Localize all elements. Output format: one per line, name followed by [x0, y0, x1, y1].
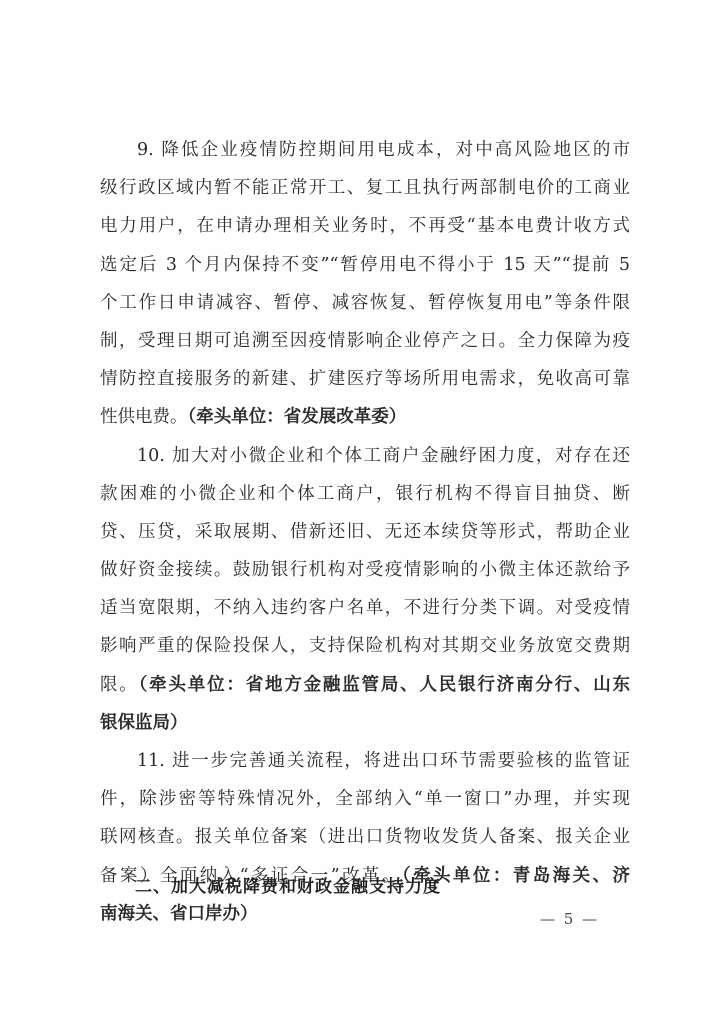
lead-unit: （牵头单位：省发展改革委）: [188, 407, 407, 427]
text-line: 电力用户，在申请办理相关业务时，不再受“基本电费计收方式: [100, 207, 630, 245]
text-line: 个工作日申请减容、暂停、减容恢复、暂停恢复用电”等条件限: [100, 284, 630, 322]
text-line: 选定后 3 个月内保持不变”“暂停用电不得小于 15 天”“提前 5: [100, 246, 630, 284]
lead-unit-continued: 银保监局）: [100, 704, 630, 742]
document-body: 9. 降低企业疫情防控期间用电成本，对中高风险地区的市 级行政区域内暂不能正常开…: [100, 131, 630, 933]
text-line: 限。（牵头单位：省地方金融监管局、人民银行济南分行、山东: [100, 666, 630, 704]
text-line: 10. 加大对小微企业和个体工商户金融纾困力度，对存在还: [100, 437, 630, 475]
text-line: 款困难的小微企业和个体工商户，银行机构不得盲目抽贷、断: [100, 475, 630, 513]
text-line: 性供电费。（牵头单位：省发展改革委）: [100, 398, 630, 436]
text-line: 11. 进一步完善通关流程，将进出口环节需要验核的监管证: [100, 742, 630, 780]
paragraph-item-11: 11. 进一步完善通关流程，将进出口环节需要验核的监管证 件，除涉密等特殊情况外…: [100, 742, 630, 933]
text-line: 级行政区域内暂不能正常开工、复工且执行两部制电价的工商业: [100, 169, 630, 207]
page-number: — 5 —: [540, 910, 599, 928]
text-line: 件，除涉密等特殊情况外，全部纳入“单一窗口”办理，并实现: [100, 780, 630, 818]
text-line: 贷、压贷，采取展期、借新还旧、无还本续贷等形式，帮助企业: [100, 513, 630, 551]
text-line: 做好资金接续。鼓励银行机构对受疫情影响的小微主体还款给予: [100, 551, 630, 589]
text-line: 9. 降低企业疫情防控期间用电成本，对中高风险地区的市: [100, 131, 630, 169]
text-line: 适当宽限期，不纳入违约客户名单，不进行分类下调。对受疫情: [100, 589, 630, 627]
text-fragment: 限。: [100, 675, 139, 695]
text-fragment: 性供电费。: [100, 407, 188, 427]
text-line: 情防控直接服务的新建、扩建医疗等场所用电需求，免收高可靠: [100, 360, 630, 398]
text-line: 联网核查。报关单位备案（进出口货物收发货人备案、报关企业: [100, 818, 630, 856]
text-line: 制，受理日期可追溯至因疫情影响企业停产之日。全力保障为疫: [100, 322, 630, 360]
paragraph-item-10: 10. 加大对小微企业和个体工商户金融纾困力度，对存在还 款困难的小微企业和个体…: [100, 437, 630, 743]
lead-unit: （牵头单位：省地方金融监管局、人民银行济南分行、山东: [139, 675, 630, 695]
document-page: 9. 降低企业疫情防控期间用电成本，对中高风险地区的市 级行政区域内暂不能正常开…: [0, 0, 724, 1024]
section-heading: 二、加大减税降费和财政金融支持力度: [135, 872, 441, 897]
text-line: 影响严重的保险投保人，支持保险机构对其期交业务放宽交费期: [100, 627, 630, 665]
paragraph-item-9: 9. 降低企业疫情防控期间用电成本，对中高风险地区的市 级行政区域内暂不能正常开…: [100, 131, 630, 437]
